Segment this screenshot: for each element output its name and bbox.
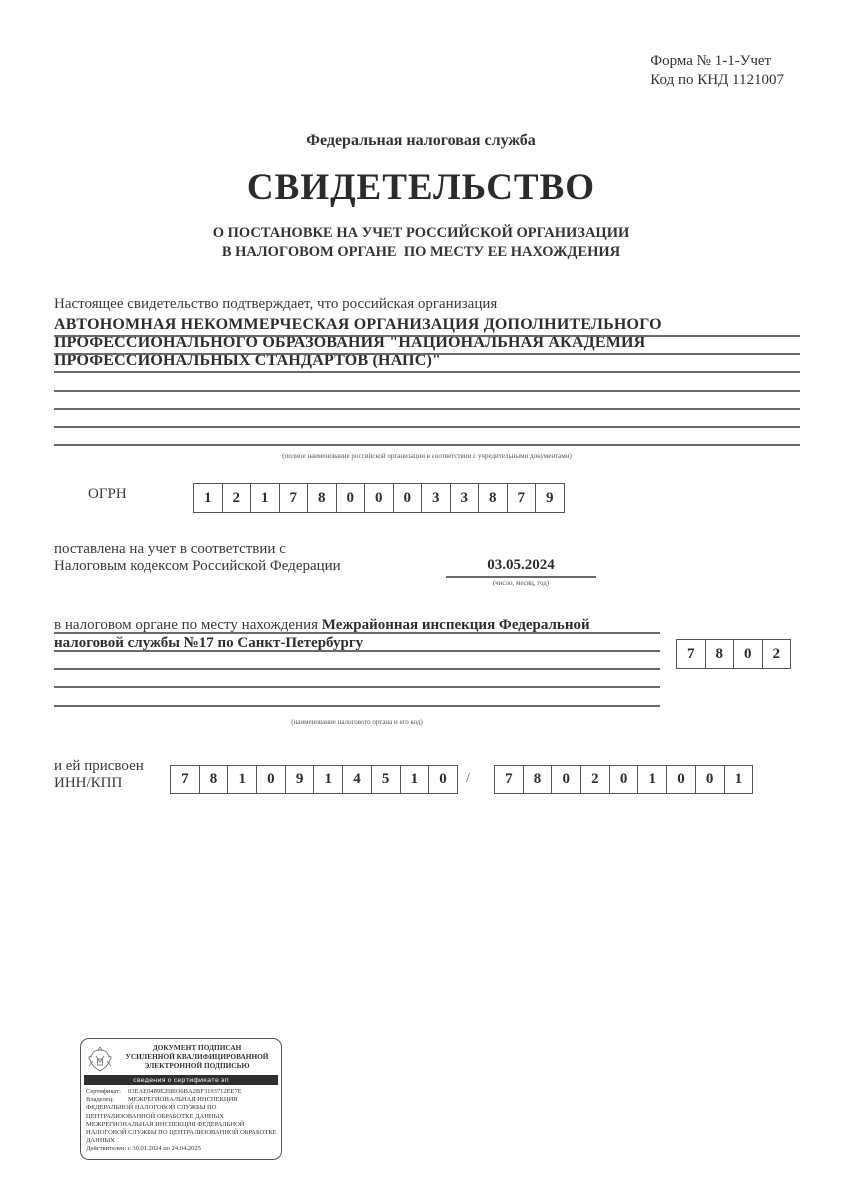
- date-caption: (число, месяц, год): [446, 579, 596, 587]
- stamp-heading-line-2: УСИЛЕННОЙ КВАЛИФИЦИРОВАННОЙ: [117, 1052, 277, 1061]
- digit-cell: 0: [429, 766, 457, 793]
- stamp-heading-line-1: ДОКУМЕНТ ПОДПИСАН: [117, 1043, 277, 1052]
- tax-office-underline: [54, 650, 660, 652]
- digit-cell: 0: [365, 484, 394, 512]
- org-underline: [54, 408, 800, 410]
- registration-line-2: Налоговым кодексом Российской Федерации: [54, 558, 341, 575]
- digit-cell: 2: [581, 766, 610, 793]
- digit-cell: 9: [536, 484, 564, 512]
- org-caption: (полное наименование российской организа…: [54, 452, 800, 460]
- certificate-label: Сертификат:: [86, 1088, 128, 1096]
- org-name-line-1: АВТОНОМНАЯ НЕКОММЕРЧЕСКАЯ ОРГАНИЗАЦИЯ ДО…: [54, 316, 662, 334]
- subtitle-line-1: О ПОСТАНОВКЕ НА УЧЕТ РОССИЙСКОЙ ОРГАНИЗА…: [0, 224, 842, 243]
- stamp-heading-line-3: ЭЛЕКТРОННОЙ ПОДПИСЬЮ: [117, 1061, 277, 1070]
- document-subtitle: О ПОСТАНОВКЕ НА УЧЕТ РОССИЙСКОЙ ОРГАНИЗА…: [0, 224, 842, 262]
- digit-cell: 2: [223, 484, 252, 512]
- digit-cell: 7: [280, 484, 309, 512]
- date-underline: [446, 576, 596, 578]
- e-signature-stamp: ДОКУМЕНТ ПОДПИСАН УСИЛЕННОЙ КВАЛИФИЦИРОВ…: [80, 1038, 282, 1160]
- digit-cell: 4: [343, 766, 372, 793]
- org-name-line-3: ПРОФЕССИОНАЛЬНЫХ СТАНДАРТОВ (НАПС)": [54, 352, 441, 370]
- agency-name: Федеральная налоговая служба: [0, 132, 842, 150]
- kpp-boxes: 780201001: [494, 765, 753, 794]
- digit-cell: 7: [677, 640, 706, 668]
- tax-office-caption: (наименование налогового органа и его ко…: [54, 718, 660, 726]
- digit-cell: 3: [422, 484, 451, 512]
- tax-office-underline: [54, 632, 660, 634]
- digit-cell: 1: [251, 484, 280, 512]
- knd-code: Код по КНД 1121007: [650, 71, 784, 90]
- org-underline: [54, 353, 800, 355]
- org-underline: [54, 371, 800, 373]
- inn-kpp-label-line-1: и ей присвоен: [54, 758, 144, 775]
- digit-cell: 0: [394, 484, 423, 512]
- stamp-certificate-band: сведения о сертификате эп: [84, 1075, 278, 1085]
- org-underline: [54, 335, 800, 337]
- digit-cell: 8: [308, 484, 337, 512]
- intro-text: Настоящее свидетельство подтверждает, чт…: [54, 296, 497, 313]
- digit-cell: 5: [372, 766, 401, 793]
- form-number: Форма № 1-1-Учет: [650, 52, 784, 71]
- coat-of-arms-icon: [87, 1044, 113, 1074]
- registration-line-1: поставлена на учет в соответствии с: [54, 541, 286, 558]
- stamp-valid-row: Действителен: с 30.01.2024 по 24.04.2025: [86, 1145, 278, 1153]
- owner-value-rest: ФЕДЕРАЛЬНОЙ НАЛОГОВОЙ СЛУЖБЫ ПО ЦЕНТРАЛИ…: [86, 1104, 278, 1145]
- tax-office-underline: [54, 686, 660, 688]
- digit-cell: 7: [171, 766, 200, 793]
- digit-cell: 9: [286, 766, 315, 793]
- tax-office-name-part-1: Межрайонная инспекция Федеральной: [322, 617, 590, 633]
- digit-cell: 8: [479, 484, 508, 512]
- digit-cell: 8: [524, 766, 553, 793]
- digit-cell: 2: [763, 640, 791, 668]
- digit-cell: 8: [706, 640, 735, 668]
- digit-cell: 1: [725, 766, 753, 793]
- ogrn-boxes: 1217800033879: [193, 483, 565, 513]
- org-name-line-2: ПРОФЕССИОНАЛЬНОГО ОБРАЗОВАНИЯ "НАЦИОНАЛЬ…: [54, 334, 645, 352]
- form-code-block: Форма № 1-1-Учет Код по КНД 1121007: [650, 52, 784, 90]
- stamp-body: Сертификат:03EAE0489E208936BA2BF3193712E…: [86, 1088, 278, 1154]
- digit-cell: 8: [200, 766, 229, 793]
- digit-cell: 0: [734, 640, 763, 668]
- registration-date: 03.05.2024: [446, 557, 596, 574]
- digit-cell: 0: [337, 484, 366, 512]
- digit-cell: 0: [696, 766, 725, 793]
- valid-label: Действителен:: [86, 1145, 126, 1152]
- tax-office-underline: [54, 705, 660, 707]
- digit-cell: 1: [638, 766, 667, 793]
- org-underline: [54, 444, 800, 446]
- valid-value: с 30.01.2024 по 24.04.2025: [128, 1145, 201, 1152]
- stamp-heading: ДОКУМЕНТ ПОДПИСАН УСИЛЕННОЙ КВАЛИФИЦИРОВ…: [117, 1043, 277, 1070]
- digit-cell: 3: [451, 484, 480, 512]
- subtitle-line-2: В НАЛОГОВОМ ОРГАНЕ ПО МЕСТУ ЕЕ НАХОЖДЕНИ…: [0, 243, 842, 262]
- digit-cell: 1: [314, 766, 343, 793]
- tax-office-code-boxes: 7802: [676, 639, 791, 669]
- stamp-certificate-row: Сертификат:03EAE0489E208936BA2BF3193712E…: [86, 1088, 278, 1096]
- digit-cell: 1: [194, 484, 223, 512]
- inn-kpp-separator: /: [466, 771, 470, 787]
- inn-kpp-label-line-2: ИНН/КПП: [54, 775, 122, 792]
- digit-cell: 0: [552, 766, 581, 793]
- digit-cell: 0: [667, 766, 696, 793]
- digit-cell: 0: [610, 766, 639, 793]
- inn-boxes: 7810914510: [170, 765, 458, 794]
- digit-cell: 1: [228, 766, 257, 793]
- owner-value-line-1: МЕЖРЕГИОНАЛЬНАЯ ИНСПЕКЦИЯ: [128, 1096, 238, 1103]
- tax-office-name-part-2: налоговой службы №17 по Санкт-Петербургу: [54, 635, 363, 651]
- tax-office-prefix: в налоговом органе по месту нахождения: [54, 617, 322, 633]
- org-underline: [54, 426, 800, 428]
- digit-cell: 0: [257, 766, 286, 793]
- digit-cell: 1: [401, 766, 430, 793]
- tax-office-underline: [54, 668, 660, 670]
- document-title: СВИДЕТЕЛЬСТВО: [0, 166, 842, 209]
- ogrn-label: ОГРН: [88, 486, 127, 503]
- digit-cell: 7: [495, 766, 524, 793]
- digit-cell: 7: [508, 484, 537, 512]
- certificate-value: 03EAE0489E208936BA2BF3193712EE7E: [128, 1088, 242, 1095]
- org-underline: [54, 390, 800, 392]
